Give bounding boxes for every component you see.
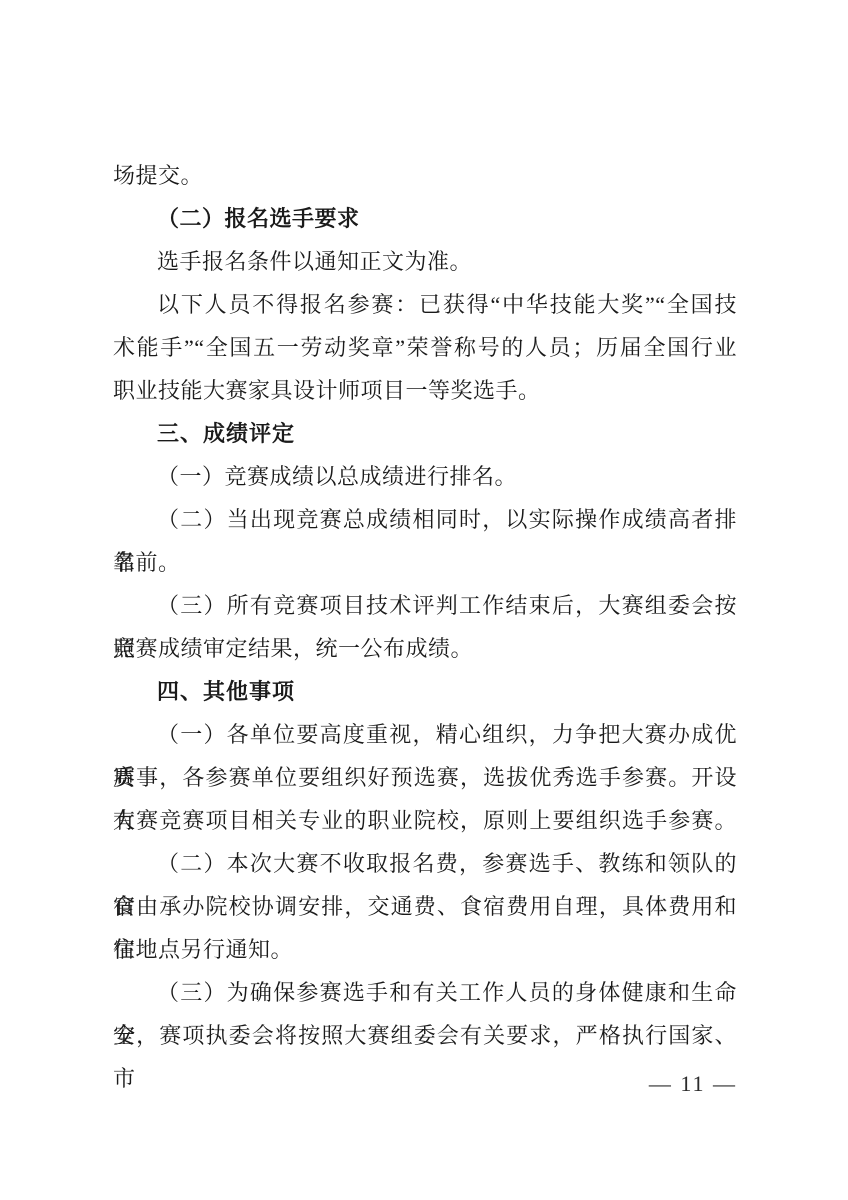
body-line: 职业技能大赛家具设计师项目一等奖选手。 <box>113 369 737 412</box>
document-body: 场提交。 （二）报名选手要求 选手报名条件以通知正文为准。 以下人员不得报名参赛… <box>113 154 737 1057</box>
body-line: 以下人员不得报名参赛：已获得“中华技能大奖”“全国技 <box>113 283 737 326</box>
body-line: 竞赛成绩审定结果，统一公布成绩。 <box>113 627 737 670</box>
body-line: （一）竞赛成绩以总成绩进行排名。 <box>113 455 737 498</box>
page-number: — 11 — <box>649 1069 737 1099</box>
body-line: 全，赛项执委会将按照大赛组委会有关要求，严格执行国家、市 <box>113 1014 737 1057</box>
body-line: （三）所有竞赛项目技术评判工作结束后，大赛组委会按照 <box>113 584 737 627</box>
heading-section-4-other-matters: 四、其他事项 <box>113 670 737 713</box>
body-line: 选手报名条件以通知正文为准。 <box>113 240 737 283</box>
body-line-continuation: 场提交。 <box>113 154 737 197</box>
body-line: （二）本次大赛不收取报名费，参赛选手、教练和领队的食 <box>113 842 737 885</box>
body-line: 赛事，各参赛单位要组织好预选赛，选拔优秀选手参赛。开设有 <box>113 756 737 799</box>
body-line: 大赛竞赛项目相关专业的职业院校，原则上要组织选手参赛。 <box>113 799 737 842</box>
body-line: （一）各单位要高度重视，精心组织，力争把大赛办成优质 <box>113 713 737 756</box>
body-line: 宿地点另行通知。 <box>113 928 737 971</box>
body-line: （二）当出现竞赛总成绩相同时，以实际操作成绩高者排名 <box>113 498 737 541</box>
subheading-registration-requirements: （二）报名选手要求 <box>113 197 737 240</box>
body-line: 靠前。 <box>113 541 737 584</box>
body-line: 术能手”“全国五一劳动奖章”荣誉称号的人员；历届全国行业 <box>113 326 737 369</box>
document-page: 场提交。 （二）报名选手要求 选手报名条件以通知正文为准。 以下人员不得报名参赛… <box>0 0 848 1200</box>
body-line: （三）为确保参赛选手和有关工作人员的身体健康和生命安 <box>113 971 737 1014</box>
heading-section-3-score-evaluation: 三、成绩评定 <box>113 412 737 455</box>
body-line: 宿由承办院校协调安排，交通费、食宿费用自理，具体费用和住 <box>113 885 737 928</box>
